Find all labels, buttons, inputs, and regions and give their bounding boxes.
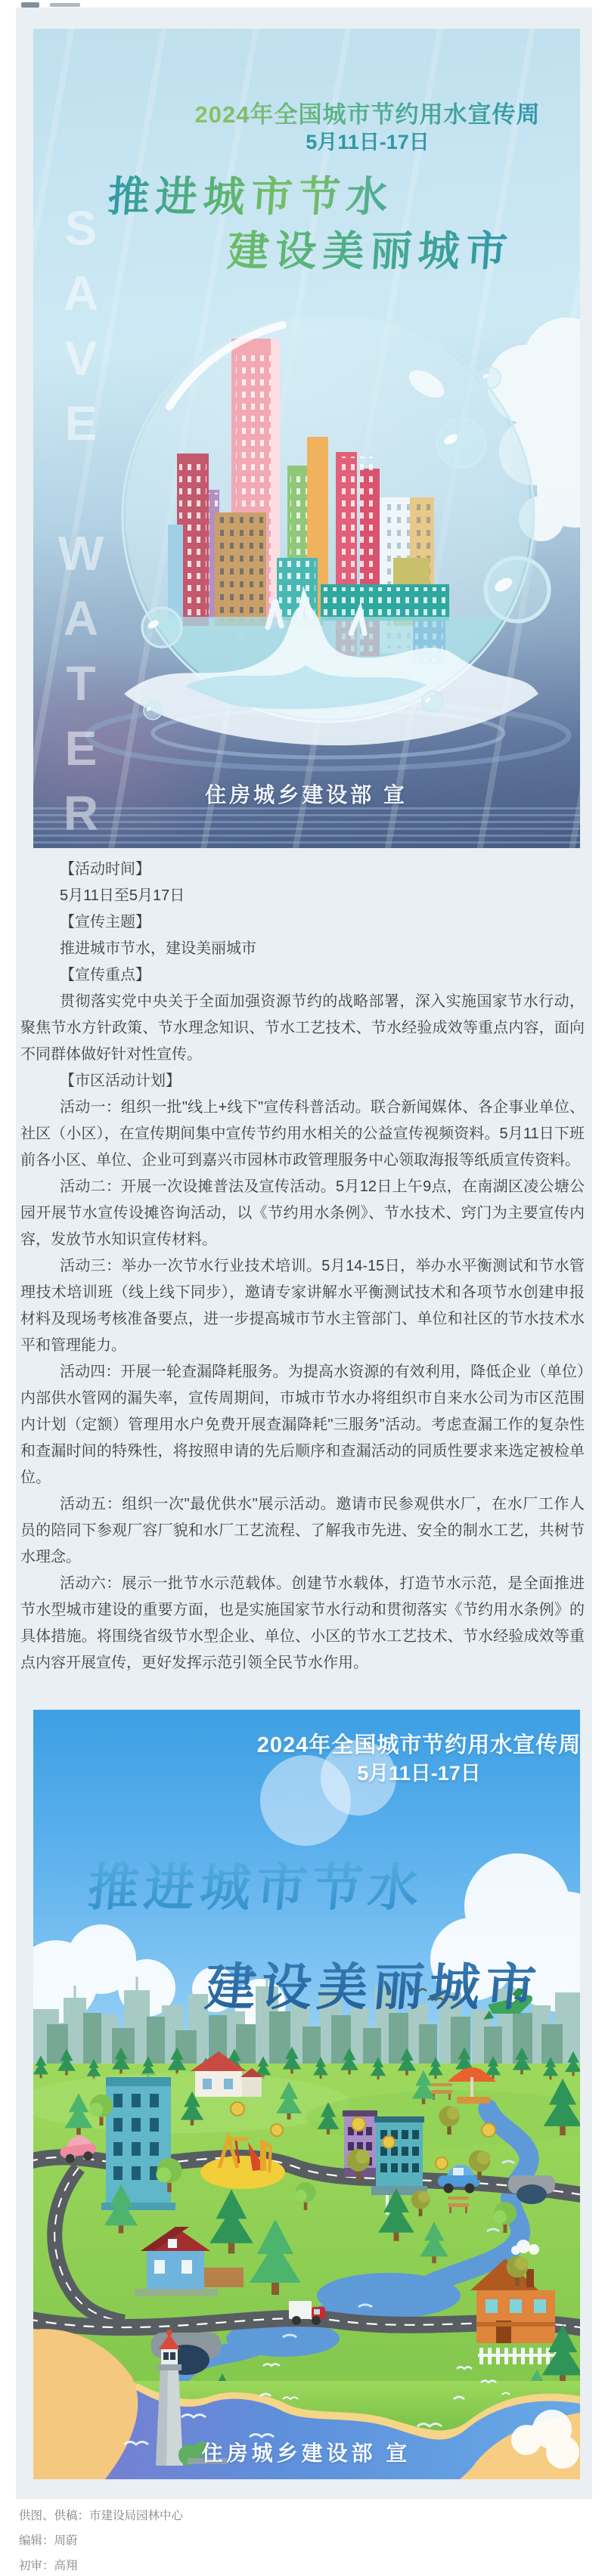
poster1-slogan-line2: 建设美丽城市 xyxy=(225,218,516,277)
paragraph-activity-4: 活动四：开展一轮查漏降耗服务。为提高水资源的有效利用，降低企业（单位）内部供水管… xyxy=(20,1359,585,1491)
poster-water-bubble-city[interactable]: SAVE WATER 2024年全国城市节约用水宣传周 5月11日-17日 推进… xyxy=(33,29,580,848)
poster1-bottom-stripes xyxy=(33,807,580,848)
section-heading-plan: 【市区活动计划】 xyxy=(20,1068,585,1094)
house-fence xyxy=(204,2268,244,2287)
paragraph-activity-6: 活动六：展示一批节水示范载体。创建节水载体，打造节水示范，是全面推进节水型城市建… xyxy=(20,1571,585,1677)
section-heading-time: 【活动时间】 xyxy=(20,856,585,883)
paragraph-activity-1: 活动一：组织一批"线上+线下"宣传科普活动。联合新闻媒体、各企事业单位、社区（小… xyxy=(20,1094,585,1174)
green-town-illustration xyxy=(33,1710,580,2479)
teal-apartment xyxy=(101,2077,175,2210)
paragraph-activity-2: 活动二：开展一次设摊普法及宣传活动。5月12日上午9点，在南湖区凌公塘公园开展节… xyxy=(20,1174,585,1253)
paragraph-theme: 推进城市节水，建设美丽城市 xyxy=(20,936,585,962)
credit-source: 供图、供稿：市建设局园林中心 xyxy=(19,2503,183,2528)
scan-artifact-right xyxy=(50,3,80,7)
poster2-event-title: 2024年全国城市节约用水宣传周 xyxy=(257,1728,580,1759)
poster1-event-dates: 5月11日-17日 xyxy=(306,125,430,155)
poster1-slogan-line1: 推进城市节水 xyxy=(106,163,396,223)
credit-reviewer: 初审：高翔 xyxy=(19,2553,183,2576)
poster-green-city-illustration[interactable]: 2024年全国城市节约用水宣传周 5月11日-17日 推进城市节水 建设美丽城市… xyxy=(33,1710,580,2479)
article-body: 【活动时间】 5月11日至5月17日 【宣传主题】 推进城市节水，建设美丽城市 … xyxy=(20,856,585,1677)
credit-editor: 编辑：周蔚 xyxy=(19,2528,183,2553)
poster2-slogan-line1: 推进城市节水 xyxy=(85,1847,427,1920)
paragraph-time: 5月11日至5月17日 xyxy=(20,883,585,909)
poster2-slogan-line2: 建设美丽城市 xyxy=(203,1947,544,2020)
poster2-event-dates: 5月11日-17日 xyxy=(357,1757,481,1786)
paragraph-focus: 贯彻落实党中央关于全面加强资源节约的战略部署，深入实施国家节水行动，聚焦节水方针… xyxy=(20,989,585,1068)
poster1-publisher: 住房城乡建设部 宣 xyxy=(205,779,408,809)
footer-credits: 供图、供稿：市建设局园林中心 编辑：周蔚 初审：高翔 xyxy=(19,2503,183,2576)
scan-artifact-left xyxy=(21,2,39,8)
poster1-event-title: 2024年全国城市节约用水宣传周 xyxy=(195,95,541,129)
paragraph-activity-5: 活动五：组织一次"最优供水"展示活动。邀请市民参观供水厂，在水厂工作人员的陪同下… xyxy=(20,1491,585,1571)
poster2-publisher: 住房城乡建设部 宣 xyxy=(202,2437,411,2467)
section-heading-focus: 【宣传重点】 xyxy=(20,962,585,989)
paragraph-activity-3: 活动三：举办一次节水行业技术培训。5月14-15日，举办水平衡测试和节水管理技术… xyxy=(20,1253,585,1359)
save-water-vertical-text: SAVE WATER xyxy=(53,201,109,848)
section-heading-theme: 【宣传主题】 xyxy=(20,909,585,936)
